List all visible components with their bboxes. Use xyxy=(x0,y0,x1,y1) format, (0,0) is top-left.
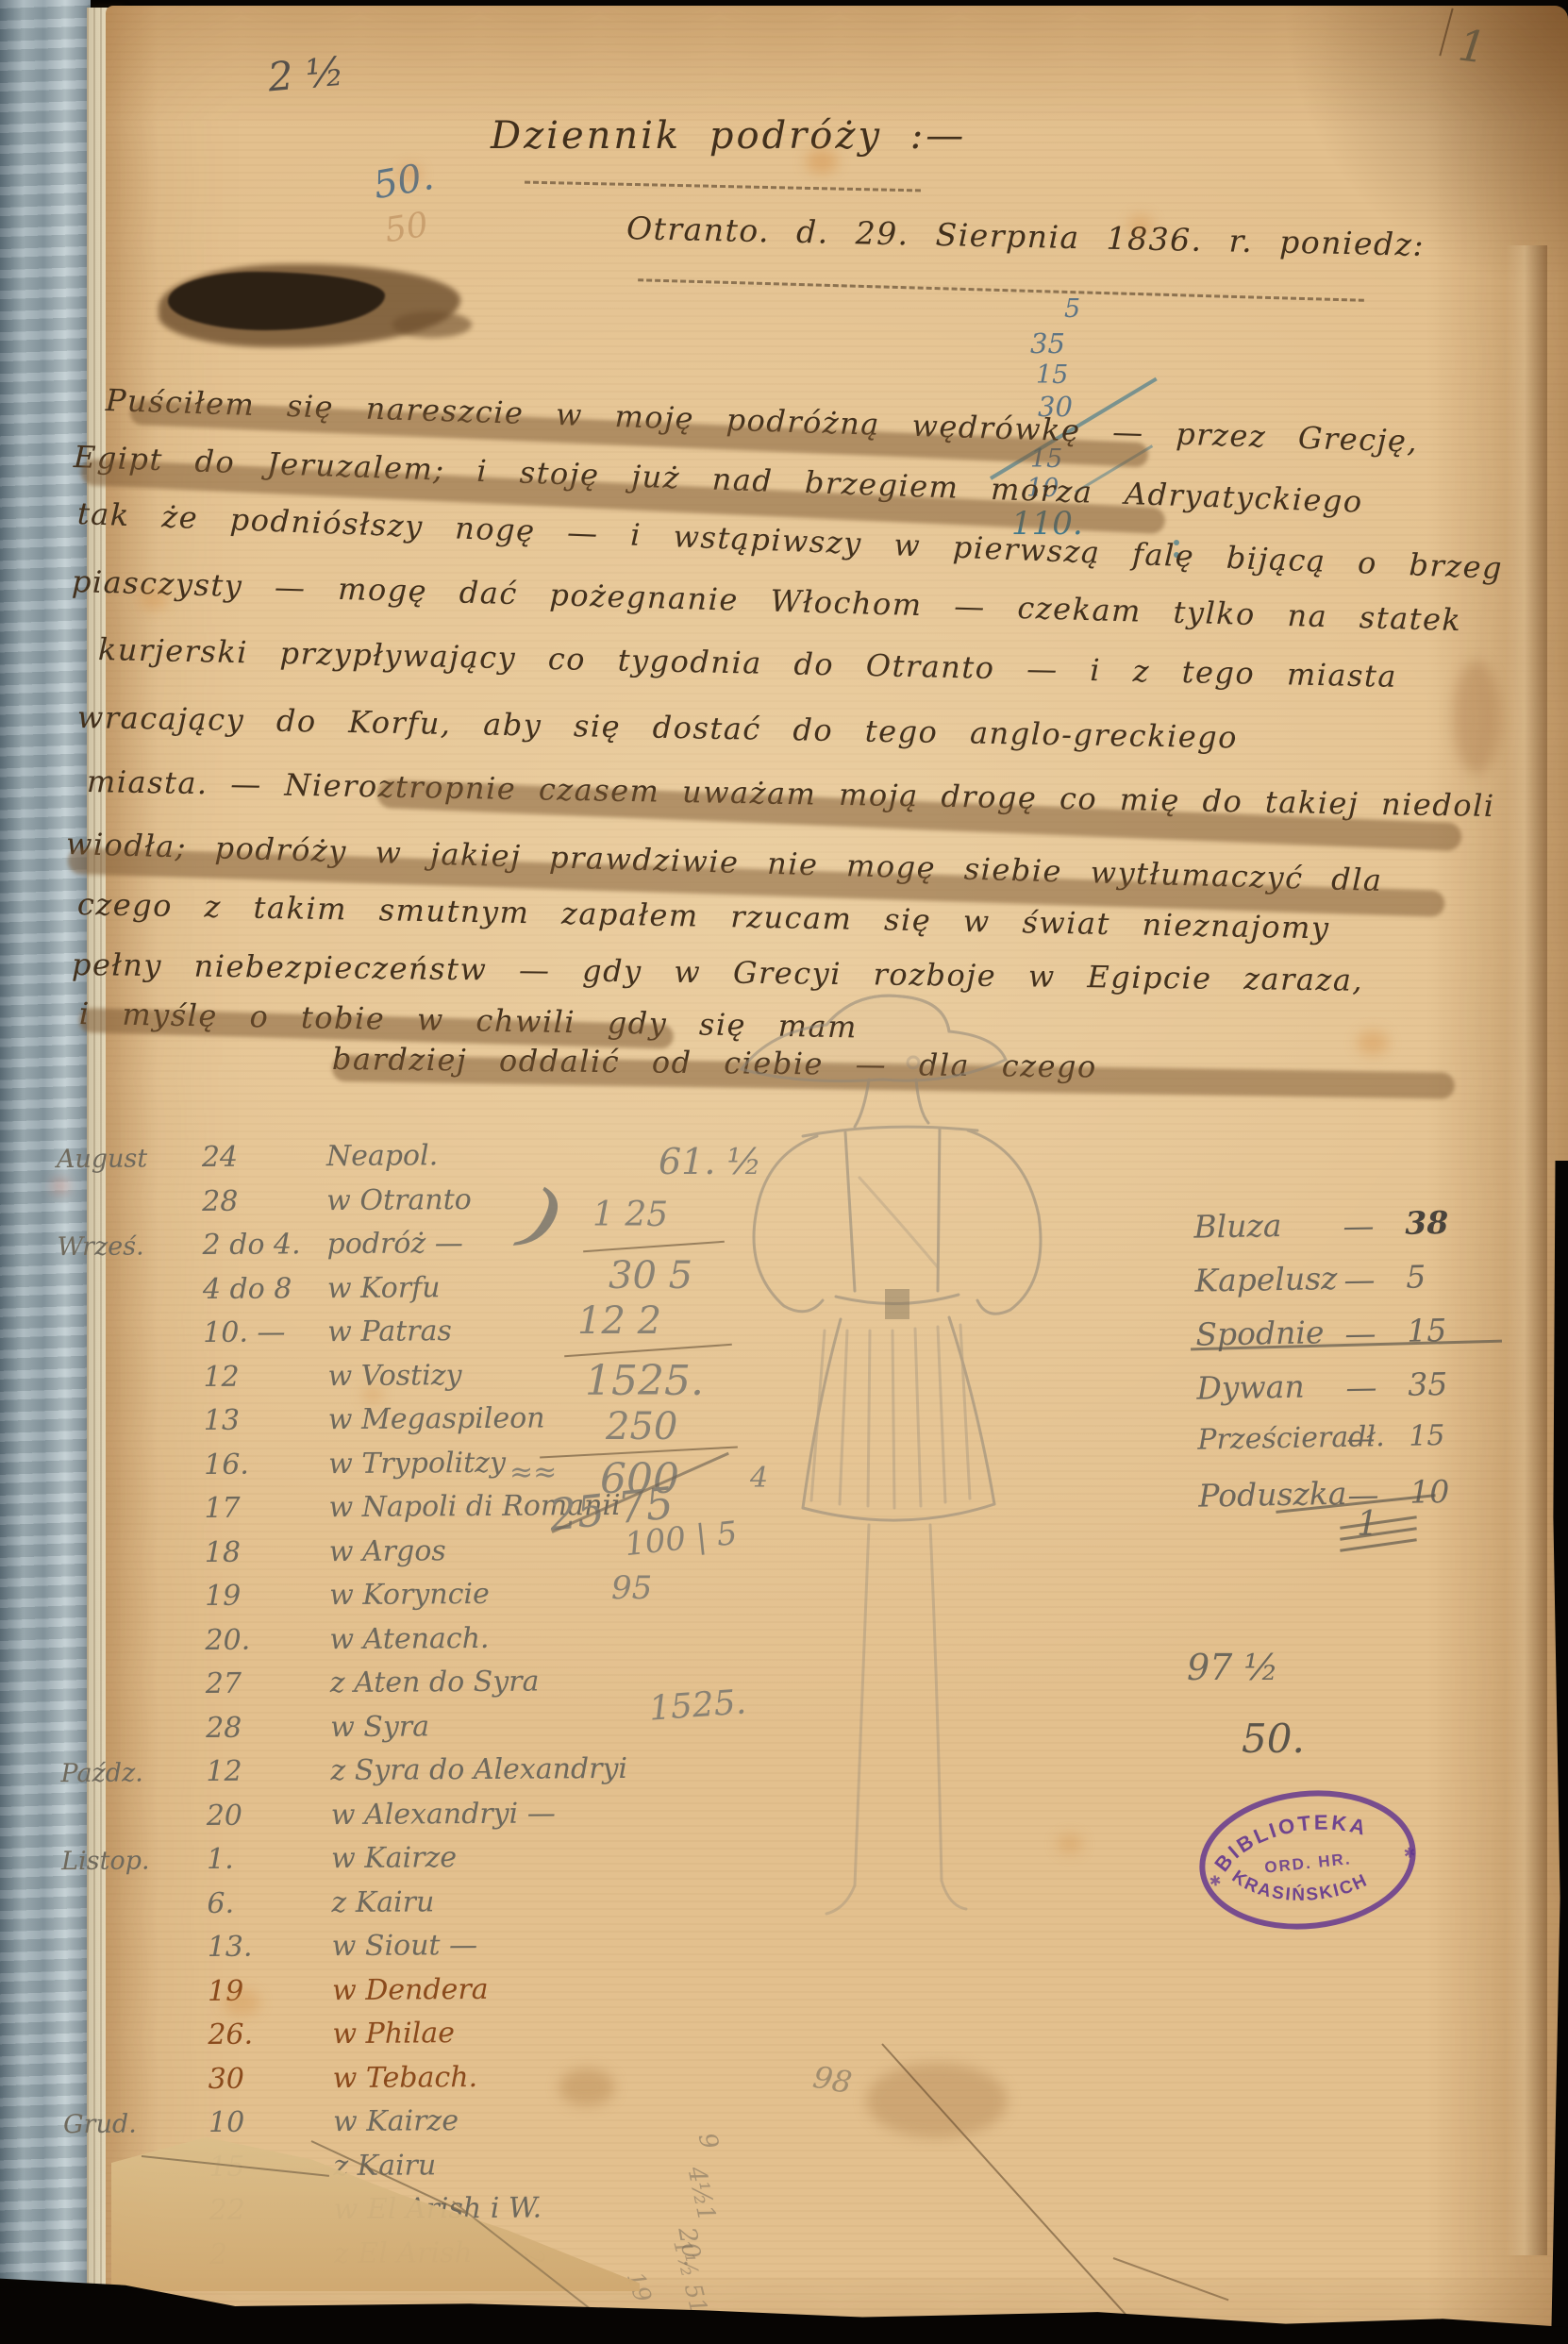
calc-number: 1 25 xyxy=(592,1198,668,1232)
blue-note-50: 50. xyxy=(371,158,437,205)
purchases-list: Bluza—38 Kapelusz—5 Spodnie—15 Dywan—35 … xyxy=(1193,1203,1482,1531)
itinerary-row: 27z Aten do Syra xyxy=(60,1665,627,1713)
itinerary-row: 17w Napoli di Romanii xyxy=(58,1489,626,1537)
itinerary-row: Paźdz.12z Syra do Alexandryi xyxy=(60,1752,627,1800)
itinerary-row: 10. —w Patras xyxy=(58,1314,625,1362)
svg-text:✱: ✱ xyxy=(1403,1845,1416,1862)
svg-text:✱: ✱ xyxy=(1209,1873,1222,1890)
itinerary-row: 13.w Siout — xyxy=(62,1928,629,1976)
faint-note-50: 50 xyxy=(382,209,430,249)
stamp-middle-text: ORD. HR. xyxy=(1263,1850,1352,1877)
page-number: 1 xyxy=(1456,23,1489,69)
fox-stain xyxy=(140,587,168,610)
fox-stain xyxy=(806,149,838,174)
costume-figure-sketch xyxy=(713,979,1072,1942)
itinerary-row: 18w Argos xyxy=(59,1532,626,1581)
purchase-row: Bluza—38 xyxy=(1193,1203,1477,1262)
calc-number: 12 2 xyxy=(577,1302,661,1340)
smudge-stain xyxy=(559,2068,615,2106)
itinerary-row: 4 do 8w Korfu xyxy=(58,1269,625,1317)
margin-number: 35 xyxy=(1030,330,1065,358)
calc-number: 30 5 xyxy=(609,1257,692,1295)
fox-stain xyxy=(362,1387,383,1402)
corner-note: 2 ½ xyxy=(266,52,345,98)
right-edge-wear xyxy=(1506,245,1547,2255)
title: Dziennik podróży :— xyxy=(491,117,966,155)
itinerary-row: 20w Alexandryi — xyxy=(61,1796,628,1844)
itinerary-row: 19w Dendera xyxy=(62,1971,629,2019)
calc-number: 1525. xyxy=(585,1361,704,1402)
calc-number: 250 xyxy=(606,1408,677,1446)
calc-number: 95 xyxy=(611,1572,652,1604)
itinerary-row: 12w Vostizy xyxy=(58,1357,625,1405)
margin-number: 15 xyxy=(1036,362,1068,388)
fox-stain xyxy=(53,1181,68,1191)
itinerary-row: 19w Koryncie xyxy=(59,1577,626,1625)
purchase-row: Kapelusz—5 xyxy=(1194,1257,1478,1315)
margin-number: 5 xyxy=(1064,296,1080,322)
total-value: 50. xyxy=(1242,1719,1305,1759)
library-stamp: BIBLIOTEKA ORD. HR. KRASIŃSKICH ✱ ✱ xyxy=(1188,1778,1427,1942)
side-jotting: 98 xyxy=(811,2062,855,2099)
itinerary-row: Listop.1.w Kairze xyxy=(61,1840,628,1888)
itinerary-list: August24Neapol. 28w Otranto Wrześ.2 do 4… xyxy=(57,1138,631,2283)
fox-stain xyxy=(400,166,421,181)
edge-stain xyxy=(1453,661,1500,774)
fox-stain xyxy=(1057,1834,1083,1853)
itinerary-row: 13w Megaspileon xyxy=(58,1401,626,1449)
total-value: 97 ½ xyxy=(1187,1649,1278,1685)
itinerary-row: 20.w Atenach. xyxy=(59,1620,626,1668)
itinerary-row: 30w Tebach. xyxy=(63,2059,630,2107)
purchase-row: Dywan—35 xyxy=(1196,1365,1480,1423)
purchase-row: Prześcieradł.—15 xyxy=(1197,1418,1481,1477)
itinerary-row: 6.z Kairu xyxy=(61,1884,628,1932)
smudge-stain xyxy=(866,2063,1008,2138)
itinerary-row: 26.w Philae xyxy=(62,2016,629,2064)
fox-stain xyxy=(223,1989,260,2016)
manuscript-page-photo: 2 ½ 1 Dziennik podróży :— 50. 50 Otranto… xyxy=(0,0,1568,2344)
itinerary-row: Grud.10w Kairze xyxy=(63,2103,630,2151)
calc-squiggle: ≈≈ xyxy=(509,1459,557,1487)
itinerary-row: 28w Syra xyxy=(60,1708,627,1756)
fox-stain xyxy=(1357,1030,1389,1055)
purchase-row: Poduszka—10 xyxy=(1198,1472,1482,1531)
ink-blot xyxy=(158,264,460,347)
fox-stain xyxy=(1128,215,1153,234)
